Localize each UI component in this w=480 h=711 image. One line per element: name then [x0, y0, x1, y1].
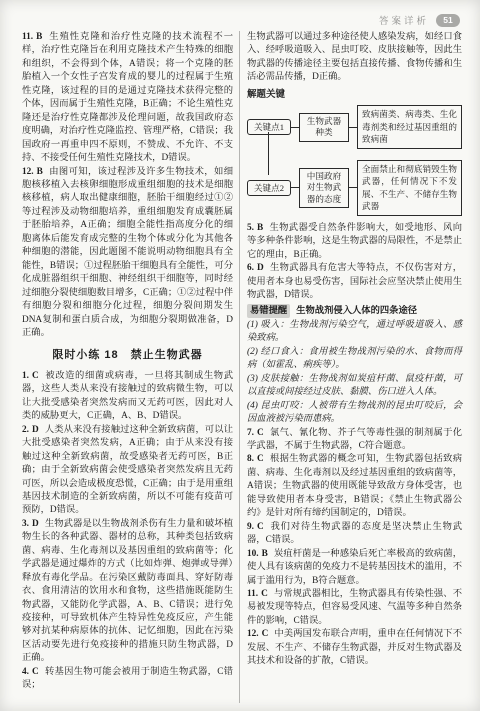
tip-point-1: (1) 吸入：生物战剂污染空气，通过呼吸道吸入、感染致病。 — [247, 319, 462, 346]
answer-text: 生物武器具有危害大等特点，不仅伤害对方，使用者本身也易受伤害，国际社会应坚决禁止… — [247, 263, 462, 300]
keypoint-2-topic-box: 中国政府对生物武器的态度 — [299, 168, 349, 209]
answer-letter: C — [261, 589, 268, 599]
answer-text: 被改造的细菌或病毒，一旦将其制成生物武器，这些人类从来没有接触过的致病微生物，可… — [22, 371, 233, 421]
answer-letter: B — [36, 32, 42, 42]
page-content: 11.B生殖性克隆和治疗性克隆的技术流程不一样，治疗性克隆旨在利用克隆技术产生特… — [22, 31, 462, 703]
answer-text: 生殖性克隆和治疗性克隆的技术流程不一样，治疗性克隆旨在利用克隆技术产生特殊的细胞… — [22, 32, 233, 163]
answer-letter: C — [257, 522, 264, 532]
keypoint-2-desc-box: 全面禁止和彻底销毁生物武器，任何情况下不发展、不生产、不储存生物武器 — [357, 160, 462, 216]
answer-item-4: 4.C转基因生物可能会被用于制造生物武器，C错误； — [22, 666, 233, 693]
question-number: 8. — [247, 454, 254, 464]
question-number: 12. — [22, 167, 34, 177]
question-number: 1. — [22, 371, 29, 381]
page-number-badge: 51 — [436, 14, 460, 27]
tip-point-2: (2) 经口食入：食用被生物战剂污染的水、食物而得病（如霍乱、痢疾等）。 — [247, 346, 462, 373]
answer-item-5: 5.B生物武器受自然条件影响大，如受地形、风向等多种条件影响，这是生物武器的局限… — [247, 222, 462, 262]
answer-key-page: 答案详析 51 11.B生殖性克隆和治疗性克隆的技术流程不一样，治疗性克隆旨在利… — [0, 0, 480, 711]
answer-letter: D — [257, 263, 264, 273]
left-column: 11.B生殖性克隆和治疗性克隆的技术流程不一样，治疗性克隆旨在利用克隆技术产生特… — [22, 31, 239, 703]
answer-text: 氯气、氰化物、芥子气等毒性强的制剂属于化学武器，不属于生物武器，C符合题意。 — [247, 428, 462, 451]
question-number: 10. — [247, 549, 259, 559]
keypoint-1-topic-box: 生物武器种类 — [299, 113, 349, 142]
diagram-row-2: 关键点2 中国政府对生物武器的态度 全面禁止和彻底销毁生物武器，任何情况下不发展… — [247, 160, 462, 216]
answer-letter: B — [262, 549, 268, 559]
question-number: 4. — [22, 667, 29, 677]
section-title: 限时小练 18 禁止生物武器 — [22, 349, 233, 362]
answer-letter: C — [257, 428, 264, 438]
answer-item-9: 9.C我们对待生物武器的态度是坚决禁止生物武器，C错误。 — [247, 521, 462, 548]
header-title: 答案详析 — [379, 13, 429, 27]
tip-title: 生物战剂侵入人体的四条途径 — [296, 304, 417, 317]
answer-letter: D — [32, 519, 39, 529]
keypoint-1-box: 关键点1 — [247, 119, 291, 135]
answer-letter: C — [257, 454, 264, 464]
diagram-vertical-connector — [268, 132, 269, 175]
answer-item-7: 7.C氯气、氰化物、芥子气等毒性强的制剂属于化学武器，不属于生物武器，C符合题意… — [247, 427, 462, 454]
question-number: 11. — [247, 589, 258, 599]
intro-continuation-text: 生物武器可以通过多种途径使人感染发病，如经口食入、经呼吸道吸入、昆虫叮咬、皮肤接… — [247, 31, 462, 85]
answer-item-8: 8.C根据生物武器的概念可知，生物武器包括致病菌、病毒、生化毒剂以及经过基因重组… — [247, 453, 462, 520]
answer-text: 转基因生物可能会被用于制造生物武器，C错误； — [22, 667, 233, 690]
answer-item-11: 11.B生殖性克隆和治疗性克隆的技术流程不一样，治疗性克隆旨在利用克隆技术产生特… — [22, 31, 233, 166]
keypoint-1-desc-box: 致病菌类、病毒类、生化毒剂类和经过基因重组的致病菌 — [357, 105, 462, 149]
right-column: 生物武器可以通过多种途径使人感染发病，如经口食入、经呼吸道吸入、昆虫叮咬、皮肤接… — [239, 31, 462, 703]
keypoint-2-box: 关键点2 — [247, 180, 291, 196]
diagram-connector — [349, 187, 357, 188]
question-number: 3. — [22, 519, 29, 529]
answer-item-12r: 12.C中美两国发布联合声明，重申在任何情况下不发展、不生产、不储存生物武器，并… — [247, 628, 462, 668]
answer-text: 我们对待生物武器的态度是坚决禁止生物武器，C错误。 — [247, 522, 462, 545]
tip-label: 易错提醒 — [247, 304, 290, 317]
answer-text: 由图可知，该过程涉及许多生物技术，如细胞核移植入去核卵细胞形成重组细胞的技术是细… — [22, 167, 233, 338]
answer-item-2: 2.D人类从来没有接触过这种全新致病菌，可以让大批受感染者突然发病，A正确；由于… — [22, 424, 233, 518]
question-number: 2. — [22, 425, 29, 435]
answer-item-6: 6.D生物武器具有危害大等特点，不仅伤害对方，使用者本身也易受伤害，国际社会应坚… — [247, 262, 462, 302]
question-number: 5. — [247, 223, 254, 233]
answer-letter: B — [257, 223, 263, 233]
answer-text: 根据生物武器的概念可知，生物武器包括致病菌、病毒、生化毒剂以及经过基因重组的致病… — [247, 454, 462, 518]
answer-text: 与常规武器相比，生物武器具有传染性强、不易被发现等特点，但容易受风速、气温等多种… — [247, 589, 462, 626]
answer-text: 生物武器是以生物战剂杀伤有生力量和破坏植物生长的各种武器、器材的总称，其种类包括… — [22, 519, 233, 664]
diagram-connector — [291, 127, 299, 128]
question-number: 6. — [247, 263, 254, 273]
answer-item-1: 1.C被改造的细菌或病毒，一旦将其制成生物武器，这些人类从来没有接触过的致病微生… — [22, 370, 233, 424]
diagram-connector — [349, 127, 357, 128]
page-header: 答案详析 51 — [379, 13, 460, 27]
answer-letter: D — [32, 425, 39, 435]
diagram-connector — [291, 187, 299, 188]
question-number: 11. — [22, 32, 33, 42]
tip-point-3: (3) 皮肤接触：生物战剂如炭疽杆菌、鼠疫杆菌，可以直接或间接经过皮肤、黏膜、伤… — [247, 373, 462, 400]
answer-letter: C — [32, 371, 39, 381]
question-number: 12. — [247, 629, 259, 639]
key-points-diagram: 关键点1 生物武器种类 致病菌类、病毒类、生化毒剂类和经过基因重组的致病菌 关键… — [247, 105, 462, 216]
answer-text: 人类从来没有接触过这种全新致病菌，可以让大批受感染者突然发病，A正确；由于从来没… — [22, 425, 233, 516]
answer-letter: C — [262, 629, 269, 639]
tip-point-4: (4) 昆虫叮咬：人被带有生物战剂的昆虫叮咬后，会因血液被污染而患病。 — [247, 400, 462, 427]
question-number: 9. — [247, 522, 254, 532]
diagram-row-1: 关键点1 生物武器种类 致病菌类、病毒类、生化毒剂类和经过基因重组的致病菌 — [247, 105, 462, 149]
answer-item-3: 3.D生物武器是以生物战剂杀伤有生力量和破坏植物生长的各种武器、器材的总称，其种… — [22, 518, 233, 666]
answer-text: 中美两国发布联合声明，重申在任何情况下不发展、不生产、不储存生物武器，并反对生物… — [247, 629, 462, 666]
tip-header: 易错提醒 生物战剂侵入人体的四条途径 — [247, 304, 462, 317]
answer-text: 生物武器受自然条件影响大，如受地形、风向等多种条件影响，这是生物武器的局限性，不… — [247, 223, 462, 260]
answer-item-12: 12.B由图可知，该过程涉及许多生物技术，如细胞核移植入去核卵细胞形成重组细胞的… — [22, 166, 233, 341]
key-points-label: 解题关键 — [247, 88, 462, 101]
answer-letter: C — [32, 667, 39, 677]
answer-text: 炭疽杆菌是一种感染后死亡率极高的致病菌，使人具有该病菌的免疫力不是转基因技术的滥… — [247, 549, 462, 586]
answer-item-10: 10.B炭疽杆菌是一种感染后死亡率极高的致病菌，使人具有该病菌的免疫力不是转基因… — [247, 548, 462, 588]
question-number: 7. — [247, 428, 254, 438]
answer-letter: B — [37, 167, 43, 177]
answer-item-11r: 11.C与常规武器相比，生物武器具有传染性强、不易被发现等特点，但容易受风速、气… — [247, 588, 462, 628]
